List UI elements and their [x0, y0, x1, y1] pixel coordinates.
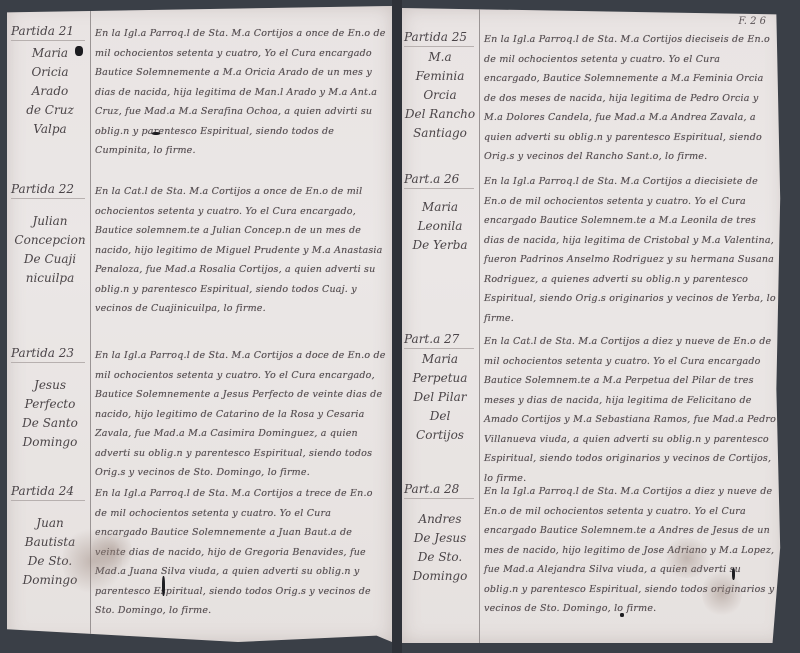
ink-blot	[732, 568, 735, 580]
water-stain	[662, 538, 712, 578]
margin-rule	[479, 8, 480, 643]
name-line: Del	[404, 407, 476, 426]
name-line: Leonila	[404, 217, 476, 236]
entry-number: Partida 22	[11, 182, 85, 199]
entry-number: Partida 21	[11, 24, 85, 41]
name-line: nicuilpa	[13, 269, 87, 288]
name-line: Domingo	[404, 567, 476, 586]
name-line: Maria	[404, 198, 476, 217]
entry-names: Jesus Perfecto De Santo Domingo	[13, 376, 87, 452]
entry-number: Partida 24	[11, 484, 85, 501]
entry-text: En la Igl.a Parroq.l de Sta. M.a Cortijo…	[484, 172, 778, 328]
entry-names: Andres De Jesus De Sto. Domingo	[404, 510, 476, 586]
name-line: De Cuaji	[13, 250, 87, 269]
name-line: Perfecto	[13, 395, 87, 414]
entry-text: En la Igl.a Parroq.l de Sta. M.a Cortijo…	[484, 30, 778, 167]
name-line: De Yerba	[404, 236, 476, 255]
water-stain	[702, 568, 742, 618]
entry-number: Part.a 26	[404, 172, 474, 189]
entry-text: En la Igl.a Parroq.l de Sta. M.a Cortijo…	[95, 484, 386, 621]
name-line: De Sto.	[404, 548, 476, 567]
name-line: Del Rancho	[404, 105, 476, 124]
folio-number: F. 2 6	[738, 16, 766, 27]
left-page: Partida 21 Maria Oricia Arado de Cruz Va…	[7, 6, 392, 642]
name-line: Maria	[404, 350, 476, 369]
name-line: Feminia	[404, 67, 476, 86]
entry-names: Maria Perpetua Del Pilar Del Cortijos	[404, 350, 476, 445]
name-line: Valpa	[13, 120, 87, 139]
entry-number: Part.a 28	[404, 482, 474, 499]
name-line: Orcia	[404, 86, 476, 105]
name-line: Jesus	[13, 376, 87, 395]
name-line: de Cruz	[13, 101, 87, 120]
name-line: Julian	[13, 212, 87, 231]
ink-blot	[162, 576, 165, 596]
name-line: Cortijos	[404, 426, 476, 445]
entry-number: Part.a 27	[404, 332, 474, 349]
name-line: Concepcion	[13, 231, 87, 250]
ink-blot	[75, 46, 83, 56]
entry-names: M.a Feminia Orcia Del Rancho Santiago	[404, 48, 476, 143]
name-line: Del Pilar	[404, 388, 476, 407]
entry-names: Maria Leonila De Yerba	[404, 198, 476, 255]
entry-text: En la Cat.l de Sta. M.a Cortijos a once …	[95, 182, 386, 319]
name-line: Domingo	[13, 433, 87, 452]
name-line: De Santo	[13, 414, 87, 433]
ink-blot	[620, 613, 624, 617]
entry-names: Maria Oricia Arado de Cruz Valpa	[13, 44, 87, 139]
ink-blot	[152, 132, 160, 135]
name-line: Arado	[13, 82, 87, 101]
name-line: De Jesus	[404, 529, 476, 548]
entry-text: En la Cat.l de Sta. M.a Cortijos a diez …	[484, 332, 778, 488]
entry-number: Partida 23	[11, 346, 85, 363]
entry-text: En la Igl.a Parroq.l de Sta. M.a Cortijo…	[95, 24, 386, 161]
entry-number: Partida 25	[404, 30, 474, 47]
name-line: M.a	[404, 48, 476, 67]
book-gutter	[392, 0, 402, 653]
name-line: Oricia	[13, 63, 87, 82]
name-line: Santiago	[404, 124, 476, 143]
name-line: Perpetua	[404, 369, 476, 388]
water-stain	[92, 526, 132, 576]
entry-text: En la Igl.a Parroq.l de Sta. M.a Cortijo…	[95, 346, 386, 483]
entry-names: Julian Concepcion De Cuaji nicuilpa	[13, 212, 87, 288]
name-line: Andres	[404, 510, 476, 529]
right-page: F. 2 6 Partida 25 M.a Feminia Orcia Del …	[402, 8, 784, 643]
